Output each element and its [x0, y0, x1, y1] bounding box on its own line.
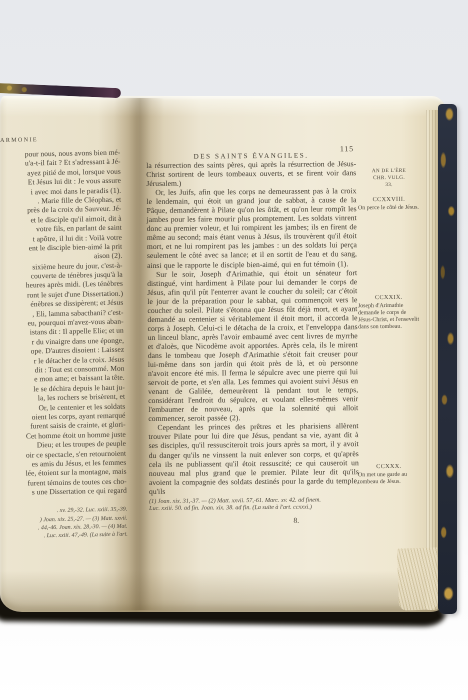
marbled-cover-edge	[438, 104, 457, 614]
running-title: DES SAINTS ÉVANGILES.	[194, 152, 309, 161]
margin-note-ccxxix: CCXXIX. Joseph d'Arimathie demande le co…	[358, 295, 420, 331]
book-photo: ARMONIE pour nous, nous avons bien mé-u'…	[0, 0, 468, 700]
margin-note-text: Joseph d'Arimathie demande le corps de J…	[358, 302, 420, 331]
margin-note-number: CCXXX.	[358, 464, 420, 472]
margin-note-text: On perce le côté de Jésus.	[358, 204, 420, 212]
main-text: la résurrection des saints pères, qui ap…	[146, 159, 359, 496]
left-running-title: ARMONIE	[0, 134, 120, 146]
margin-note-number: CCXXIX.	[358, 295, 420, 303]
left-page-footnotes: . xv. 29,-32. Luc. xxiii. 35,-39.) Joan.…	[7, 506, 128, 541]
margin-note-number: CCXXVIII.	[358, 197, 420, 205]
page-number: 115	[340, 144, 354, 153]
margin-note-ccxxviii: CCXXVIII. On perce le côté de Jésus.	[358, 197, 420, 212]
left-page: ARMONIE pour nous, nous avons bien mé-u'…	[0, 134, 128, 541]
page-stack-fan	[397, 547, 439, 610]
left-page-text: pour nous, nous avons bien mé-u'a-t-il f…	[0, 148, 127, 498]
signature-mark: 8.	[191, 515, 401, 526]
right-page: DES SAINTS ÉVANGILES. 115 la résurrectio…	[146, 144, 359, 526]
margin-note-text: On met une garde au tombeau de Jésus.	[358, 471, 420, 486]
right-page-header: DES SAINTS ÉVANGILES. 115	[146, 144, 356, 158]
margin-note-era: AN DE L'ÈRECHR. VULG.33.	[358, 168, 420, 190]
margin-note-ccxxx: CCXXX. On met une garde au tombeau de Jé…	[358, 464, 420, 486]
footnote: (1) Joan. xix. 31,-37. — (2) Matt. xxvii…	[149, 497, 355, 514]
